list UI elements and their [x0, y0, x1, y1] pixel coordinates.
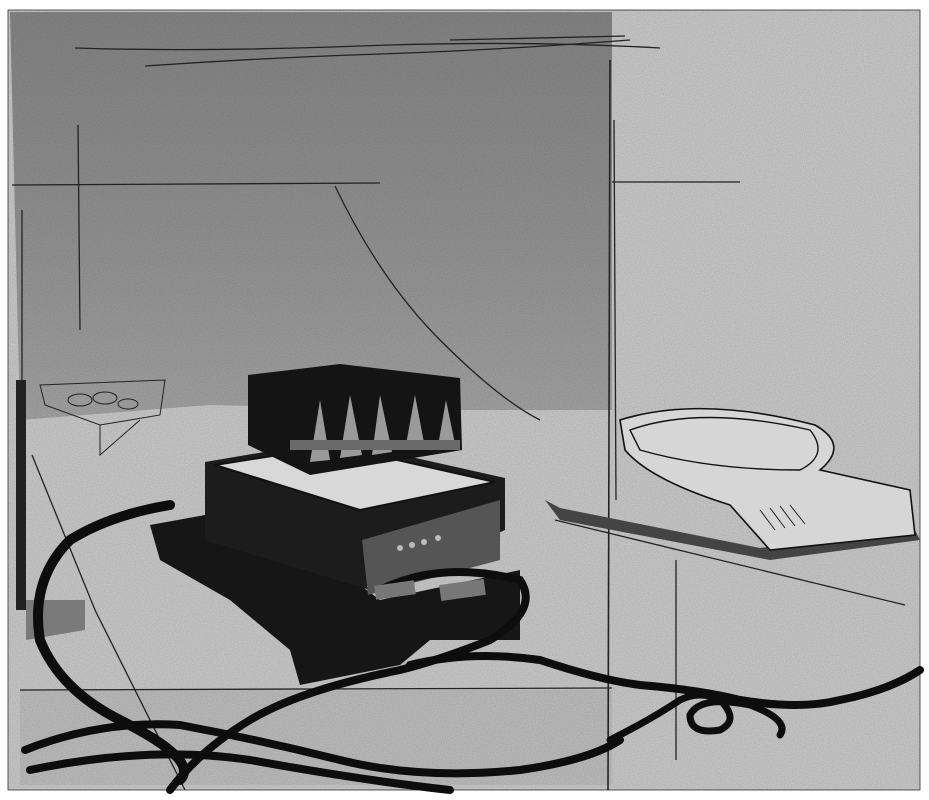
etching-artwork [0, 0, 929, 800]
left-pillar [16, 380, 26, 610]
module-ledge [290, 440, 460, 450]
